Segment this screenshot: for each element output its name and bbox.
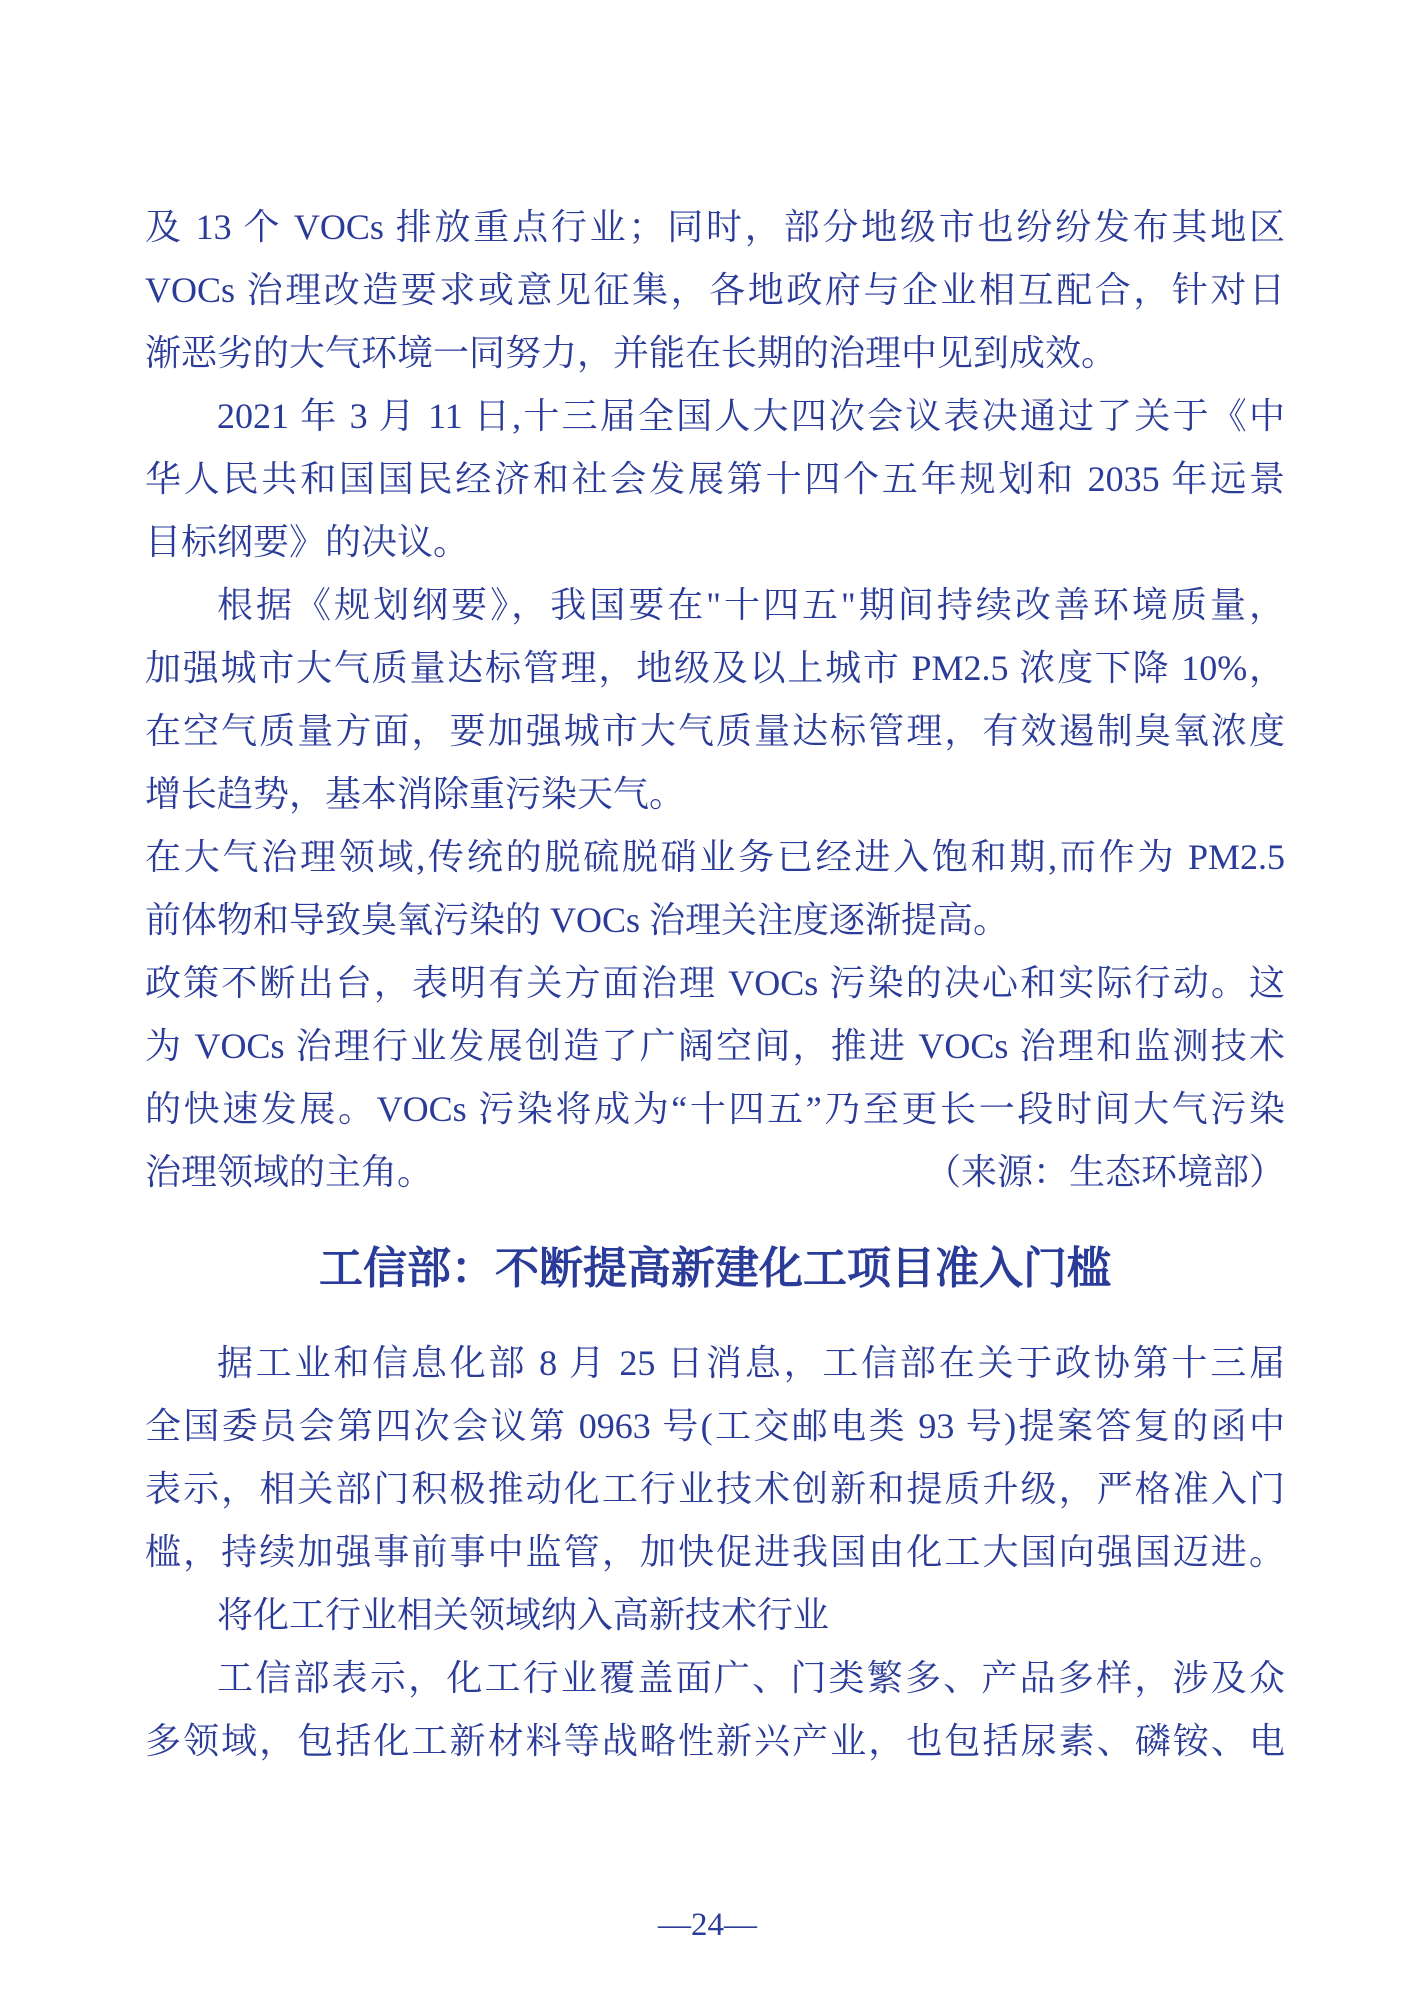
text-line: 的快速发展。VOCs 污染将成为“十四五”乃至更长一段时间大气污染 bbox=[145, 1078, 1285, 1141]
text-line: 及 13 个 VOCs 排放重点行业；同时，部分地级市也纷纷发布其地区 bbox=[145, 196, 1285, 259]
document-page: 及 13 个 VOCs 排放重点行业；同时，部分地级市也纷纷发布其地区 VOCs… bbox=[0, 0, 1415, 2000]
paragraph-end-text: 治理领域的主角。 bbox=[145, 1141, 433, 1204]
article-section: 据工业和信息化部 8 月 25 日消息，工信部在关于政协第十三届 全国委员会第四… bbox=[145, 1332, 1285, 1773]
text-line: 为 VOCs 治理行业发展创造了广阔空间，推进 VOCs 治理和监测技术 bbox=[145, 1015, 1285, 1078]
text-line: 据工业和信息化部 8 月 25 日消息，工信部在关于政协第十三届 bbox=[145, 1332, 1285, 1395]
source-attribution: （来源：生态环境部） bbox=[925, 1141, 1285, 1204]
subheading-line: 将化工行业相关领域纳入高新技术行业 bbox=[145, 1584, 1285, 1647]
text-line: 治理领域的主角。 （来源：生态环境部） bbox=[145, 1141, 1285, 1204]
page-number: —24— bbox=[0, 1905, 1415, 1945]
text-line: 加强城市大气质量达标管理，地级及以上城市 PM2.5 浓度下降 10%， bbox=[145, 637, 1285, 700]
text-line: 在空气质量方面，要加强城市大气质量达标管理，有效遏制臭氧浓度 bbox=[145, 700, 1285, 763]
article-body: 及 13 个 VOCs 排放重点行业；同时，部分地级市也纷纷发布其地区 VOCs… bbox=[145, 196, 1285, 1773]
text-line: 增长趋势，基本消除重污染天气。 bbox=[145, 763, 1285, 826]
text-line: 渐恶劣的大气环境一同努力，并能在长期的治理中见到成效。 bbox=[145, 322, 1285, 385]
text-line: 全国委员会第四次会议第 0963 号(工交邮电类 93 号)提案答复的函中 bbox=[145, 1395, 1285, 1458]
text-line: 在大气治理领域,传统的脱硫脱硝业务已经进入饱和期,而作为 PM2.5 bbox=[145, 826, 1285, 889]
text-line: 槛，持续加强事前事中监管，加快促进我国由化工大国向强国迈进。 bbox=[145, 1521, 1285, 1584]
text-line: 2021 年 3 月 11 日,十三届全国人大四次会议表决通过了关于《中 bbox=[145, 385, 1285, 448]
text-line: 前体物和导致臭氧污染的 VOCs 治理关注度逐渐提高。 bbox=[145, 889, 1285, 952]
text-line: 工信部表示，化工行业覆盖面广、门类繁多、产品多样，涉及众 bbox=[145, 1647, 1285, 1710]
article-title: 工信部：不断提高新建化工项目准入门槛 bbox=[145, 1236, 1285, 1302]
text-line: 华人民共和国国民经济和社会发展第十四个五年规划和 2035 年远景 bbox=[145, 448, 1285, 511]
text-line: VOCs 治理改造要求或意见征集，各地政府与企业相互配合，针对日 bbox=[145, 259, 1285, 322]
text-line: 政策不断出台，表明有关方面治理 VOCs 污染的决心和实际行动。这 bbox=[145, 952, 1285, 1015]
text-line: 目标纲要》的决议。 bbox=[145, 511, 1285, 574]
text-line: 多领域，包括化工新材料等战略性新兴产业，也包括尿素、磷铵、电 bbox=[145, 1710, 1285, 1773]
text-line: 根据《规划纲要》，我国要在"十四五"期间持续改善环境质量， bbox=[145, 574, 1285, 637]
text-line: 表示，相关部门积极推动化工行业技术创新和提质升级，严格准入门 bbox=[145, 1458, 1285, 1521]
